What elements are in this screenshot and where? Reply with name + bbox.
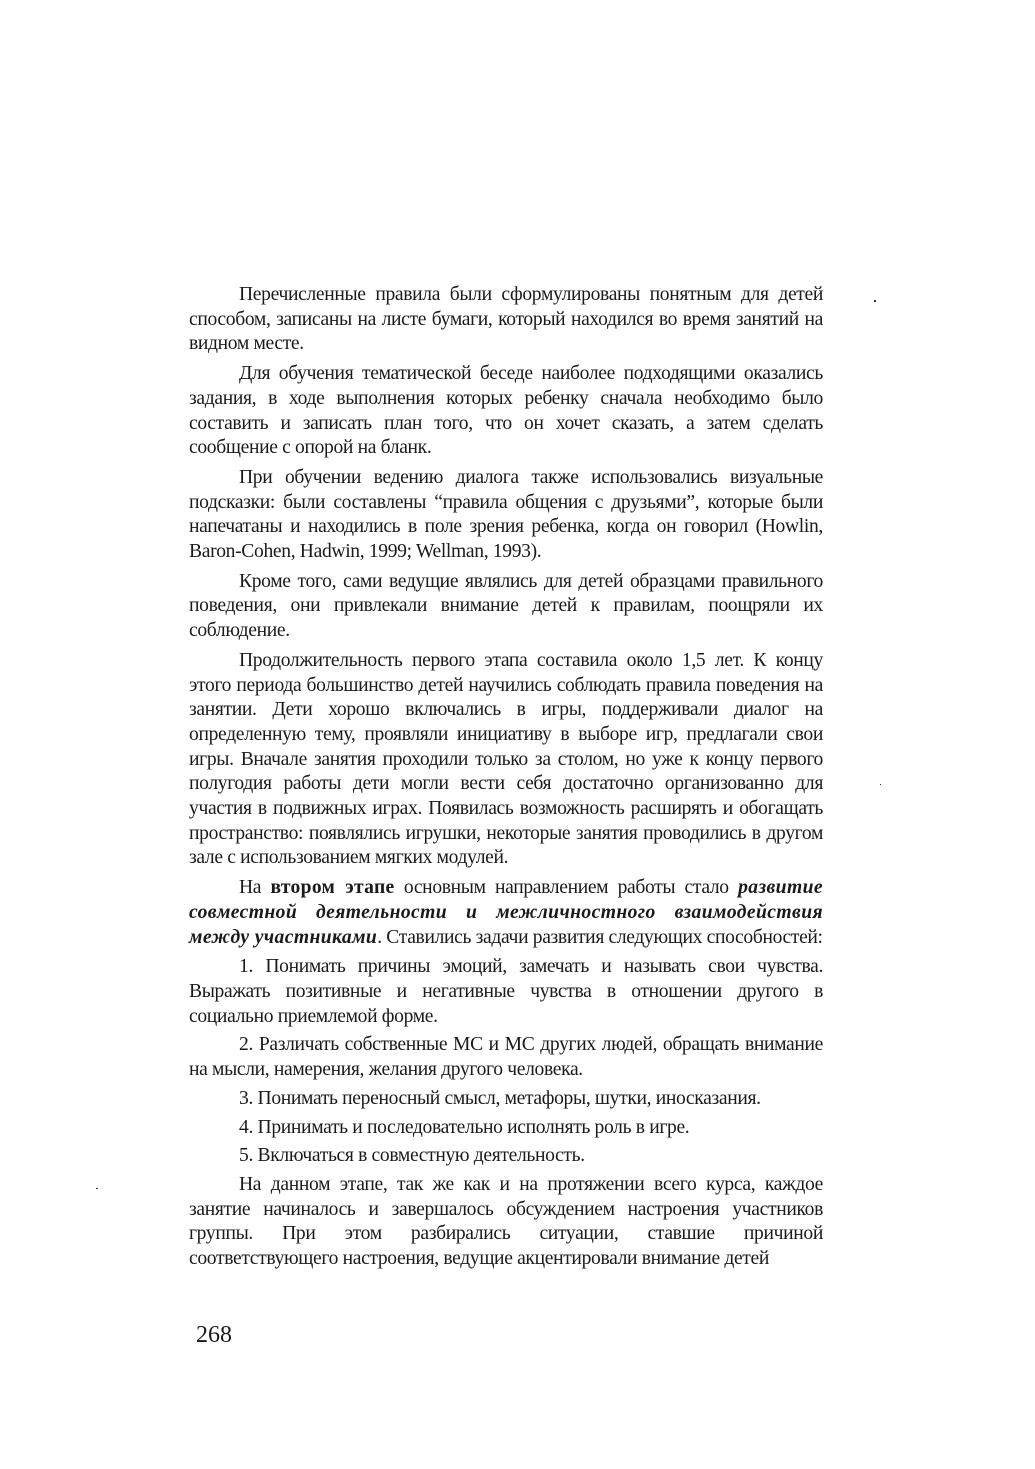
- scan-speck: [96, 1188, 98, 1189]
- page-number: 268: [196, 1322, 232, 1349]
- list-item-1: 1. Понимать причины эмоций, замечать и н…: [189, 955, 823, 1033]
- second-stage-tail: . Ставились задачи развития следующих сп…: [377, 927, 822, 948]
- scan-speck: [880, 784, 881, 785]
- document-page: Перечисленные правила были сформулирован…: [0, 0, 1035, 1469]
- second-stage-mid: основным направлением работы стало: [395, 877, 739, 898]
- list-item-3: 3. Понимать переносный смысл, метафоры, …: [189, 1087, 823, 1116]
- body-text: Перечисленные правила были сформулирован…: [189, 283, 823, 1277]
- paragraph-first-stage-duration: Продолжительность первого этапа составил…: [189, 649, 823, 876]
- paragraph-leaders-models: Кроме того, сами ведущие являлись для де…: [189, 570, 823, 649]
- paragraph-second-stage: На втором этапе основным направлением ра…: [189, 876, 823, 955]
- paragraph-dialogue-training: При обучении ведению диалога также испол…: [189, 466, 823, 570]
- list-item-4: 4. Принимать и последовательно исполнять…: [189, 1116, 823, 1145]
- second-stage-bold: втором этапе: [270, 877, 394, 898]
- paragraph-thematic-conversation: Для обучения тематической беседе наиболе…: [189, 362, 823, 466]
- paragraph-stage-discussion: На данном этапе, так же как и на протяже…: [189, 1173, 823, 1277]
- list-item-5: 5. Включаться в совместную деятельность.: [189, 1144, 823, 1173]
- paragraph-rules-formulated: Перечисленные правила были сформулирован…: [189, 283, 823, 362]
- list-item-2: 2. Различать собственные МС и МС других …: [189, 1033, 823, 1086]
- scan-speck: [874, 300, 876, 302]
- second-stage-lead: На: [239, 877, 270, 898]
